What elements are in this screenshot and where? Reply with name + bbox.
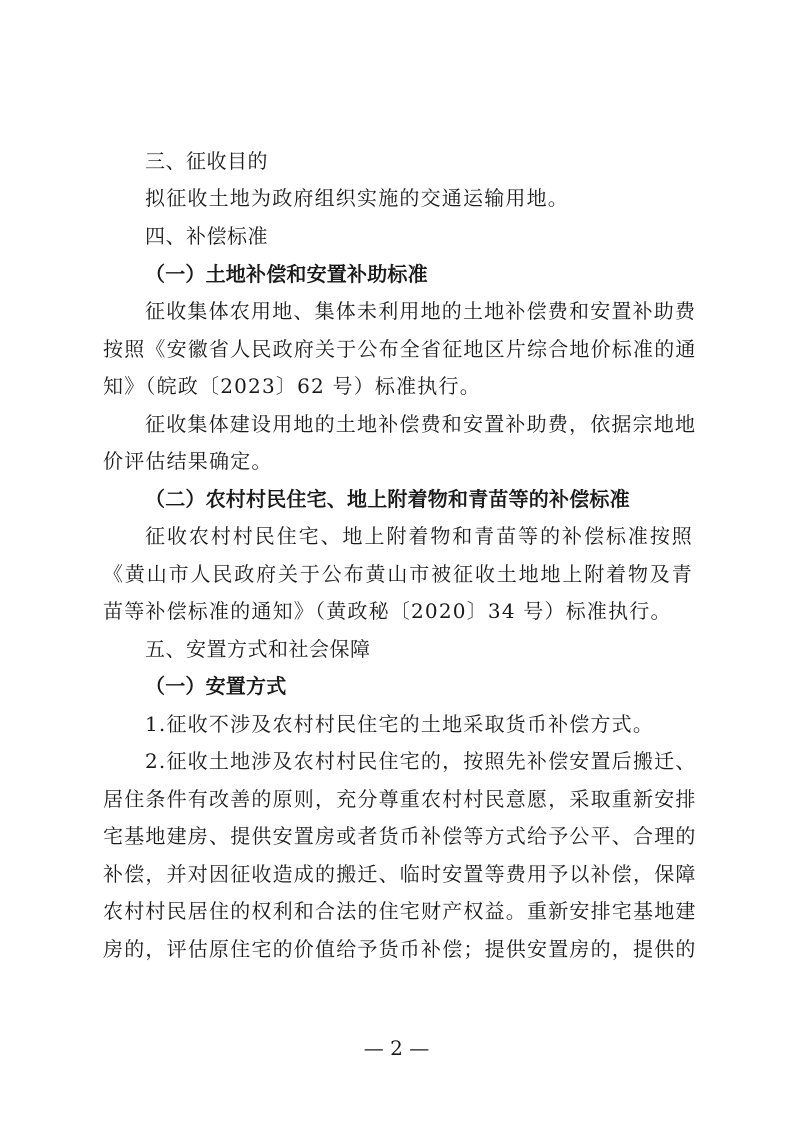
subsection-heading: （二）农村村民住宅、地上附着物和青苗等的补偿标准 (145, 485, 693, 513)
paragraph-line: 农村村民居住的权利和合法的住宅财产权益。重新安排宅基地建 (103, 897, 693, 925)
paragraph-line: 苗等补偿标准的通知》（黄政秘〔2020〕34 号）标准执行。 (103, 597, 693, 625)
list-item: 1.征收不涉及农村村民住宅的土地采取货币补偿方式。 (145, 710, 693, 738)
paragraph-line: 知》（皖政〔2023〕62 号）标准执行。 (103, 372, 693, 400)
page-number: — 2 — (0, 1036, 793, 1060)
paragraph-line: 征收农村村民住宅、地上附着物和青苗等的补偿标准按照 (145, 522, 693, 550)
paragraph-line: 《黄山市人民政府关于公布黄山市被征收土地地上附着物及青 (103, 560, 693, 588)
paragraph-line: 拟征收土地为政府组织实施的交通运输用地。 (145, 184, 693, 212)
subsection-heading: （一）安置方式 (145, 672, 693, 700)
subsection-heading: （一）土地补偿和安置补助标准 (145, 260, 693, 288)
paragraph-line: 征收集体农用地、集体未利用地的土地补偿费和安置补助费 (145, 297, 693, 325)
paragraph-line: 价评估结果确定。 (103, 447, 693, 475)
section-heading-3: 三、征收目的 (145, 147, 693, 175)
paragraph-line: 房的，评估原住宅的价值给予货币补偿；提供安置房的，提供的 (103, 935, 693, 963)
paragraph-line: 按照《安徽省人民政府关于公布全省征地区片综合地价标准的通 (103, 335, 693, 363)
paragraph-line: 补偿，并对因征收造成的搬迁、临时安置等费用予以补偿，保障 (103, 860, 693, 888)
paragraph-line: 征收集体建设用地的土地补偿费和安置补助费，依据宗地地 (145, 410, 693, 438)
paragraph-line: 宅基地建房、提供安置房或者货币补偿等方式给予公平、合理的 (103, 822, 693, 850)
section-heading-4: 四、补偿标准 (145, 222, 693, 250)
paragraph-line: 居住条件有改善的原则，充分尊重农村村民意愿，采取重新安排 (103, 785, 693, 813)
list-item: 2.征收土地涉及农村村民住宅的，按照先补偿安置后搬迁、 (145, 747, 693, 775)
document-page: 三、征收目的 拟征收土地为政府组织实施的交通运输用地。 四、补偿标准 （一）土地… (0, 0, 793, 1122)
section-heading-5: 五、安置方式和社会保障 (145, 635, 693, 663)
